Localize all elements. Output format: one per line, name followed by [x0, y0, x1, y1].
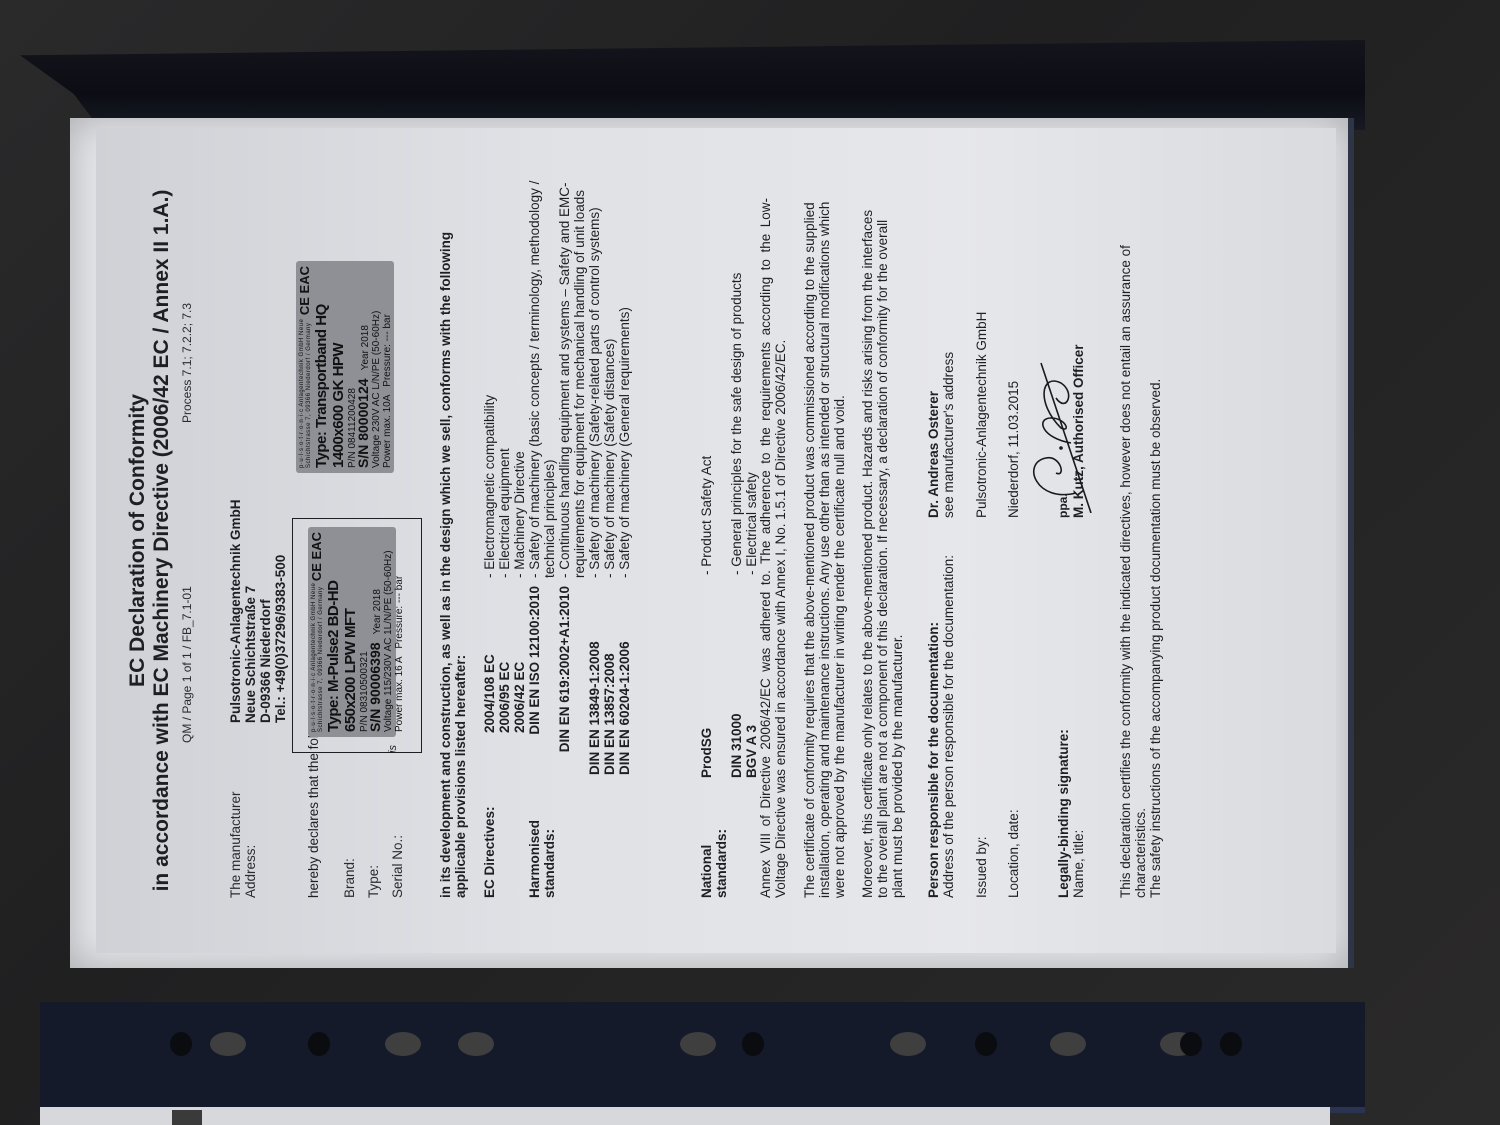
conforms-text: in its development and construction, as … — [438, 178, 468, 898]
national-label: National standards: — [699, 778, 729, 898]
punch-hole — [385, 1032, 421, 1056]
title-line-2: in accordance with EC Machinery Directiv… — [150, 128, 174, 953]
punch-hole — [308, 1032, 330, 1056]
punch-hole — [742, 1032, 764, 1056]
handwritten-signature — [1016, 313, 1096, 513]
ce-eac-mark: CE EAC — [299, 266, 310, 315]
national-code: BGV A 3 — [744, 575, 759, 778]
is-mark: is — [386, 745, 401, 753]
standard-desc: - Safety of machinery (Safety distances) — [602, 178, 617, 578]
punch-hole — [1220, 1032, 1242, 1056]
standard-row: DIN EN 619:2002+A1:2010- Continuous hand… — [557, 173, 587, 803]
nameplate-type: Type: Transportband HQ 1400x600 GK HPW — [313, 266, 347, 468]
directive-desc: - Electrical equipment — [497, 448, 512, 578]
ce-eac-mark: CE EAC — [311, 532, 322, 581]
punch-hole — [1180, 1032, 1202, 1056]
national-row: BGV A 3- Electrical safety — [744, 168, 759, 898]
directive-code: 2004/108 EC — [482, 578, 497, 733]
nameplate-sn: S/N 80000124 — [355, 378, 371, 468]
nameplate-2: CE EAC p·u·l·s·o·t·r·o·n·i·c Anlagentech… — [296, 261, 394, 473]
nameplate-power: Power max. 10A — [382, 395, 393, 468]
harmonised-label: Harmonised standards: — [527, 798, 557, 898]
nameplate-type: Type: M-Pulse2 BD-HD 650x200 LPW MFT — [325, 532, 359, 732]
address-person-value: see manufacturer's address — [941, 352, 956, 518]
nameplate-voltage: Voltage 230V AC L/N/PE (50-60Hz) — [371, 266, 382, 468]
nameplate-pressure: Pressure: --- bar — [382, 314, 393, 387]
nameplate-1: CE EAC p·u·l·s·o·t·r·o·n·i·c Anlagentech… — [308, 527, 396, 737]
manufacturer-tel: Tel.: +49(0)37296/9383-500 — [273, 555, 288, 723]
nameplate-pressure: Pressure: --- bar — [394, 576, 405, 649]
punch-hole — [680, 1032, 716, 1056]
standard-code: DIN EN ISO 12100:2010 — [527, 578, 557, 803]
directive-desc: - Machinery Directive — [512, 451, 527, 578]
manufacturer-name: Pulsotronic-Anlagentechnik GmbH — [228, 499, 243, 723]
national-code: ProdSG — [699, 575, 729, 778]
standard-code: DIN EN 13857:2008 — [602, 578, 617, 803]
national-desc: - Product Safety Act — [699, 456, 729, 575]
next-page-edge — [40, 1107, 1330, 1125]
national-row: National standards:ProdSG- Product Safet… — [699, 168, 729, 898]
address-label: Address: — [243, 845, 258, 898]
punch-hole — [975, 1032, 997, 1056]
standard-desc: - Safety of machinery (basic concepts / … — [527, 178, 557, 578]
punch-hole — [210, 1032, 246, 1056]
issued-label: Issued by: — [974, 836, 989, 898]
punch-hole — [890, 1032, 926, 1056]
punch-hole — [170, 1032, 192, 1056]
national-desc: - General principles for the safe design… — [729, 273, 744, 575]
standard-row: DIN EN 13857:2008- Safety of machinery (… — [602, 173, 617, 803]
standard-desc: - Safety of machinery (General requireme… — [617, 178, 632, 578]
national-list: National standards:ProdSG- Product Safet… — [699, 168, 759, 898]
moreover-paragraph: Moreover, this certificate only relates … — [860, 198, 905, 898]
signature-label: Legally-binding signature: — [1056, 729, 1071, 898]
standard-desc: - Continuous handling equipment and syst… — [557, 178, 587, 578]
binder-top-edge — [20, 40, 1365, 130]
manufacturer-street: Neue Schichtstraße 7 — [243, 586, 258, 723]
directive-row: 2006/95 EC- Electrical equipment — [497, 173, 512, 733]
footer-safety-text: The safety instructions of the accompany… — [1148, 178, 1163, 898]
nameplate-power: Power max. 16 A — [394, 657, 405, 732]
standard-row: DIN EN ISO 12100:2010- Safety of machine… — [527, 173, 557, 803]
annex-paragraph: Annex VIII of Directive 2006/42/EC was a… — [758, 198, 788, 898]
brand-label: Brand: — [342, 858, 357, 898]
directive-code: 2006/42 EC — [512, 578, 527, 733]
national-desc: - Electrical safety — [744, 472, 759, 575]
nameplate-year: Year 2018 — [372, 589, 383, 634]
nameplate-year: Year 2018 — [360, 325, 371, 370]
binder-tab — [172, 1110, 202, 1125]
person-value: Dr. Andreas Osterer — [926, 391, 941, 518]
standard-desc: - Safety of machinery (Safety-related pa… — [587, 178, 602, 578]
binder-punched-strip — [40, 1002, 1365, 1113]
directive-code: 2006/95 EC — [497, 578, 512, 733]
manufacturer-city: D-09366 Niederdorf — [258, 599, 273, 723]
directive-row: 2004/108 EC- Electromagnetic compatibili… — [482, 173, 497, 733]
name-title-label: Name, title: — [1071, 830, 1086, 898]
process-reference: Process 7.1; 7.2.2; 7.3 — [180, 303, 195, 423]
standard-code: DIN EN 619:2002+A1:2010 — [557, 578, 587, 803]
standard-code: DIN EN 13849-1:2008 — [587, 578, 602, 803]
punch-hole — [458, 1032, 494, 1056]
standard-code: DIN EN 60204-1:2006 — [617, 578, 632, 803]
certificate-paragraph: The certificate of conformity requires t… — [802, 198, 847, 898]
ec-directives-label: EC Directives: — [482, 806, 497, 898]
national-code: DIN 31000 — [729, 575, 744, 778]
person-label: Person responsible for the documentation… — [926, 622, 941, 898]
standard-row: DIN EN 60204-1:2006- Safety of machinery… — [617, 173, 632, 803]
location-label: Location, date: — [1006, 809, 1021, 898]
directive-row: 2006/42 EC- Machinery Directive — [512, 173, 527, 733]
harmonised-list: DIN EN ISO 12100:2010- Safety of machine… — [527, 173, 632, 803]
ec-directives-list: 2004/108 EC- Electromagnetic compatibili… — [482, 173, 527, 733]
title-line-1: EC Declaration of Conformity — [126, 128, 150, 953]
manufacturer-label: The manufacturer — [228, 791, 243, 898]
directive-desc: - Electromagnetic compatibility — [482, 395, 497, 578]
nameplate-voltage: Voltage 115/230V AC 1L/N/PE (50-60Hz) — [383, 532, 394, 732]
national-row: DIN 31000- General principles for the sa… — [729, 168, 744, 898]
serial-label: Serial No.: — [390, 835, 405, 898]
standard-row: DIN EN 13849-1:2008- Safety of machinery… — [587, 173, 602, 803]
address-person-label: Address of the person responsible for th… — [941, 555, 956, 898]
declaration-document: EC Declaration of Conformity in accordan… — [96, 128, 1336, 953]
footer-conformity-text: This declaration certifies the conformit… — [1118, 178, 1148, 898]
type-label: Type: — [366, 865, 381, 898]
nameplate-sn: S/N 90006398 — [367, 642, 383, 732]
issued-value: Pulsotronic-Anlagentechnik GmbH — [974, 312, 989, 518]
punch-hole — [1050, 1032, 1086, 1056]
qm-reference: QM / Page 1 of 1 / FB_7.1-01 — [180, 586, 195, 743]
